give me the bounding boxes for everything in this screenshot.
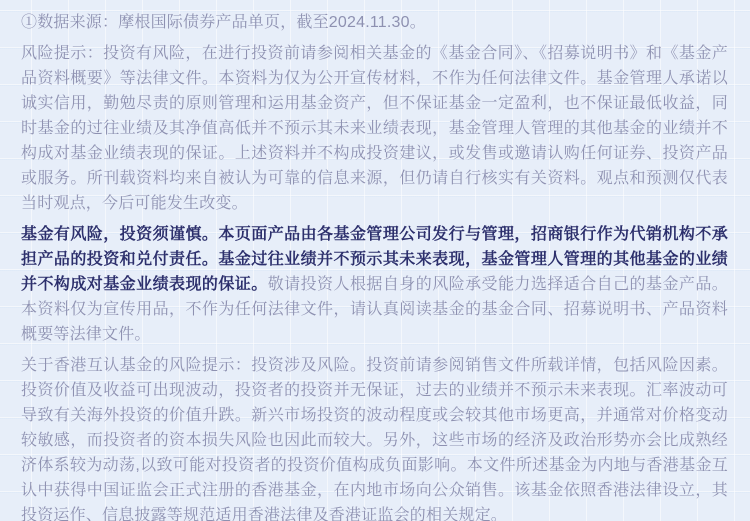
risk-disclaimer-paragraph: 风险提示：投资有风险，在进行投资前请参阅相关基金的《基金合同》、《招募说明书》和… [21, 41, 728, 216]
hk-mutual-fund-risk-notice-paragraph: 关于香港互认基金的风险提示：投资涉及风险。投资前请参阅销售文件所载详情，包括风险… [21, 353, 728, 521]
fund-disclaimer-section: ①数据来源：摩根国际债券产品单页，截至2024.11.30。 风险提示：投资有风… [0, 0, 750, 521]
fund-risk-warning-paragraph: 基金有风险，投资须谨慎。本页面产品由各基金管理公司发行与管理，招商银行作为代销机… [21, 222, 728, 347]
data-source-note: ①数据来源：摩根国际债券产品单页，截至2024.11.30。 [21, 10, 728, 35]
